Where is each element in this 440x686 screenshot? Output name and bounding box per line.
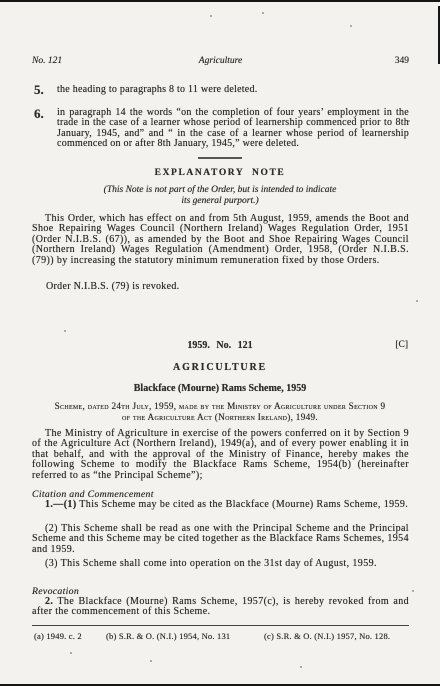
category-heading: AGRICULTURE — [0, 362, 440, 373]
paragraph-text: This Scheme may be cited as the Blackfac… — [79, 499, 408, 510]
explanatory-note-subtitle: (This Note is not part of the Order, but… — [100, 185, 340, 207]
scheme-paragraph-3: (3) This Scheme shall come into operatio… — [32, 559, 409, 569]
scan-speckle — [70, 652, 72, 654]
explanatory-note-title: EXPLANATORY NOTE — [0, 168, 440, 178]
explanatory-note-body: This Order, which has effect on and from… — [32, 214, 409, 266]
scan-speckle — [416, 300, 418, 302]
amendment-number: 5. — [34, 82, 44, 98]
scan-speckle — [64, 330, 66, 332]
footnote-b: (b) S.R. & O. (N.I.) 1954, No. 131 — [106, 631, 230, 641]
footnote-rule — [32, 625, 409, 626]
running-header: No. 121 Agriculture 349 — [32, 56, 409, 68]
scan-speckle — [210, 15, 212, 17]
scheme-preamble: The Ministry of Agriculture in exercise … — [32, 429, 409, 481]
scan-speckle — [300, 666, 302, 668]
paragraph-lead: (3) — [45, 558, 58, 569]
amendment-number: 6. — [34, 106, 44, 122]
scanned-document-page: No. 121 Agriculture 349 5. the heading t… — [0, 0, 440, 686]
footnote-a: (a) 1949. c. 2 — [34, 631, 82, 641]
scheme-paragraph-1-1: 1.—(1) This Scheme may be cited as the B… — [32, 500, 409, 510]
scheme-paragraph-revocation: 2. The Blackface (Mourne) Rams Scheme, 1… — [32, 597, 409, 618]
instrument-number-line: 1959. No. 121 — [0, 340, 440, 351]
amendment-text: in paragraph 14 the words “on the comple… — [57, 108, 409, 150]
section-divider-rule — [198, 157, 242, 159]
classification-mark: [C] — [395, 340, 408, 350]
order-revoked-line: Order N.I.B.S. (79) is revoked. — [46, 281, 179, 292]
paragraph-text: This Scheme shall come into operation on… — [61, 558, 377, 569]
scheme-paragraph-2: (2) This Scheme shall be read as one wit… — [32, 524, 409, 555]
scan-speckle — [350, 25, 352, 27]
running-header-title: Agriculture — [32, 56, 409, 66]
scheme-title: Blackface (Mourne) Rams Scheme, 1959 — [0, 383, 440, 394]
scan-speckle — [262, 12, 264, 14]
paragraph-text: The Blackface (Mourne) Rams Scheme, 1957… — [32, 596, 409, 617]
footnote-c: (c) S.R. & O. (N.I.) 1957, No. 128. — [264, 631, 390, 641]
page-number: 349 — [395, 56, 409, 66]
scan-speckle — [150, 660, 152, 662]
scheme-made-by-recital: Scheme, dated 24th July, 1959, made by t… — [50, 401, 390, 422]
paragraph-lead: 1.—(1) — [45, 499, 77, 510]
paragraph-text: This Scheme shall be read as one with th… — [32, 523, 409, 555]
amendment-text: the heading to paragraphs 8 to 11 were d… — [57, 85, 409, 95]
scan-artifact-top-edge — [0, 0, 440, 2]
scan-speckle — [412, 590, 414, 592]
